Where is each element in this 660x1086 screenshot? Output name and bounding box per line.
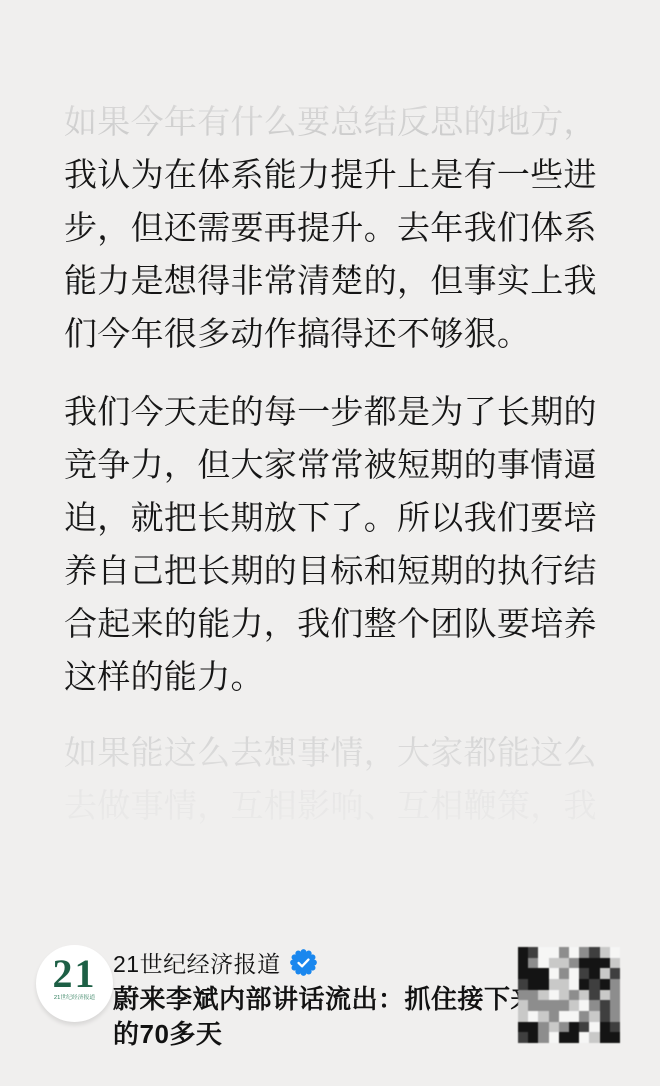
- qr-cell: [549, 958, 559, 969]
- qr-cell: [559, 1022, 569, 1033]
- qr-cell: [518, 1011, 528, 1022]
- qr-cell: [538, 1032, 548, 1043]
- qr-cell: [600, 1011, 610, 1022]
- verified-badge-icon: [290, 949, 317, 976]
- qr-cell: [579, 1011, 589, 1022]
- qr-cell: [559, 1011, 569, 1022]
- text-line: 如果今年有什么要总结反思的地方，: [64, 97, 600, 150]
- qr-cell: [579, 958, 589, 969]
- qr-cell: [579, 1032, 589, 1043]
- qr-cell: [600, 979, 610, 990]
- qr-cell: [610, 958, 620, 969]
- qr-cell: [518, 947, 528, 958]
- publisher-logo-subtext: 21世纪经济报道: [52, 995, 97, 1001]
- qr-cell: [600, 947, 610, 958]
- qr-cell: [559, 990, 569, 1001]
- qr-cell: [559, 1032, 569, 1043]
- qr-cell: [600, 1022, 610, 1033]
- qr-cell: [538, 947, 548, 958]
- qr-cell: [610, 1032, 620, 1043]
- qr-cell: [589, 990, 599, 1001]
- text-line: 我认为在体系能力提升上是有一些进: [64, 150, 600, 203]
- footer-bar: 21 21世纪经济报道 21世纪经济报道 蔚来李斌内部讲话流出：抓住接下来的70…: [36, 938, 636, 1063]
- qr-cell: [589, 958, 599, 969]
- text-line: 如果能这么去想事情，大家都能这么: [64, 728, 600, 781]
- qr-cell: [559, 947, 569, 958]
- qr-cell: [518, 990, 528, 1001]
- text-line: 去做事情，互相影响、互相鞭策，我: [64, 781, 600, 834]
- qr-cell: [589, 979, 599, 990]
- qr-cell: [579, 1022, 589, 1033]
- qr-cell: [528, 1011, 538, 1022]
- text-line: 竞争力，但大家常常被短期的事情逼: [64, 440, 600, 493]
- qr-cell: [559, 968, 569, 979]
- qr-cell: [549, 990, 559, 1001]
- qr-cell: [589, 1022, 599, 1033]
- text-line: 我们今天走的每一步都是为了长期的: [64, 387, 600, 440]
- qr-cell: [600, 1032, 610, 1043]
- account-row: 21世纪经济报道: [113, 946, 317, 979]
- qr-cell: [549, 1022, 559, 1033]
- text-line: 迫，就把长期放下了。所以我们要培: [64, 493, 600, 546]
- qr-cell: [610, 1000, 620, 1011]
- quote-paragraph-1: 我认为在体系能力提升上是有一些进步，但还需要再提升。去年我们体系能力是想得非常清…: [64, 150, 600, 362]
- qr-code: [518, 947, 620, 1043]
- qr-cell: [549, 968, 559, 979]
- qr-cell: [528, 1022, 538, 1033]
- qr-cell: [569, 968, 579, 979]
- text-line: 蔚来李斌内部讲话流出：抓住接下来: [113, 982, 537, 1017]
- qr-cell: [569, 1032, 579, 1043]
- qr-cell: [610, 1022, 620, 1033]
- text-line: 的70多天: [113, 1017, 537, 1052]
- quote-intro-faded-paragraph: 如果今年有什么要总结反思的地方，: [64, 97, 600, 150]
- text-line: 们今年很多动作搞得还不够狠。: [64, 309, 600, 362]
- qr-cell: [569, 1011, 579, 1022]
- qr-cell: [518, 958, 528, 969]
- qr-cell: [538, 1011, 548, 1022]
- qr-cell: [600, 1000, 610, 1011]
- qr-cell: [518, 1022, 528, 1033]
- qr-cell: [589, 1032, 599, 1043]
- quote-paragraph-2: 我们今天走的每一步都是为了长期的竞争力，但大家常常被短期的事情逼迫，就把长期放下…: [64, 387, 600, 705]
- qr-cell: [538, 958, 548, 969]
- qr-cell: [559, 979, 569, 990]
- qr-cell: [610, 979, 620, 990]
- publisher-logo-number: 21: [36, 953, 113, 995]
- qr-cell: [569, 1022, 579, 1033]
- qr-cell: [589, 1011, 599, 1022]
- qr-cell: [549, 979, 559, 990]
- article-title: 蔚来李斌内部讲话流出：抓住接下来的70多天: [113, 982, 537, 1052]
- qr-cell: [528, 1032, 538, 1043]
- qr-cell: [528, 958, 538, 969]
- qr-cell: [610, 947, 620, 958]
- qr-cell: [610, 990, 620, 1001]
- qr-cell: [569, 979, 579, 990]
- qr-cell: [579, 968, 589, 979]
- qr-cell: [518, 979, 528, 990]
- text-line: 养自己把长期的目标和短期的执行结: [64, 546, 600, 599]
- qr-cell: [559, 1000, 569, 1011]
- qr-cell: [569, 958, 579, 969]
- qr-cell: [528, 990, 538, 1001]
- qr-cell: [549, 1011, 559, 1022]
- text-line: 合起来的能力，我们整个团队要培养: [64, 599, 600, 652]
- text-line: 这样的能力。: [64, 652, 600, 705]
- qr-cell: [518, 1000, 528, 1011]
- qr-cell: [549, 947, 559, 958]
- qr-cell: [589, 947, 599, 958]
- qr-cell: [549, 1032, 559, 1043]
- qr-cell: [528, 979, 538, 990]
- text-line: 步，但还需要再提升。去年我们体系: [64, 203, 600, 256]
- account-name: 21世纪经济报道: [113, 946, 281, 979]
- qr-cell: [559, 958, 569, 969]
- quote-text-block: 如果今年有什么要总结反思的地方， 我认为在体系能力提升上是有一些进步，但还需要再…: [64, 97, 600, 834]
- qr-cell: [589, 1000, 599, 1011]
- qr-cell: [610, 1011, 620, 1022]
- qr-cell: [538, 979, 548, 990]
- qr-cell: [518, 1032, 528, 1043]
- qr-cell: [579, 1000, 589, 1011]
- qr-cell: [538, 968, 548, 979]
- qr-cell: [528, 947, 538, 958]
- qr-cell: [538, 990, 548, 1001]
- qr-cell: [579, 990, 589, 1001]
- publisher-logo: 21 21世纪经济报道: [36, 945, 113, 1022]
- qr-cell: [610, 968, 620, 979]
- qr-cell: [518, 968, 528, 979]
- qr-cell: [589, 968, 599, 979]
- qr-cell: [600, 968, 610, 979]
- qr-cell: [528, 1000, 538, 1011]
- qr-cell: [569, 990, 579, 1001]
- qr-cell: [569, 947, 579, 958]
- quote-outro-faded-paragraph: 如果能这么去想事情，大家都能这么去做事情，互相影响、互相鞭策，我: [64, 728, 600, 834]
- qr-cell: [579, 979, 589, 990]
- qr-cell: [579, 947, 589, 958]
- qr-cell: [600, 990, 610, 1001]
- share-card: 如果今年有什么要总结反思的地方， 我认为在体系能力提升上是有一些进步，但还需要再…: [0, 0, 660, 1086]
- text-line: 能力是想得非常清楚的，但事实上我: [64, 256, 600, 309]
- qr-cell: [600, 958, 610, 969]
- qr-cell: [538, 1022, 548, 1033]
- qr-cell: [569, 1000, 579, 1011]
- qr-cell: [538, 1000, 548, 1011]
- qr-cell: [528, 968, 538, 979]
- qr-cell: [549, 1000, 559, 1011]
